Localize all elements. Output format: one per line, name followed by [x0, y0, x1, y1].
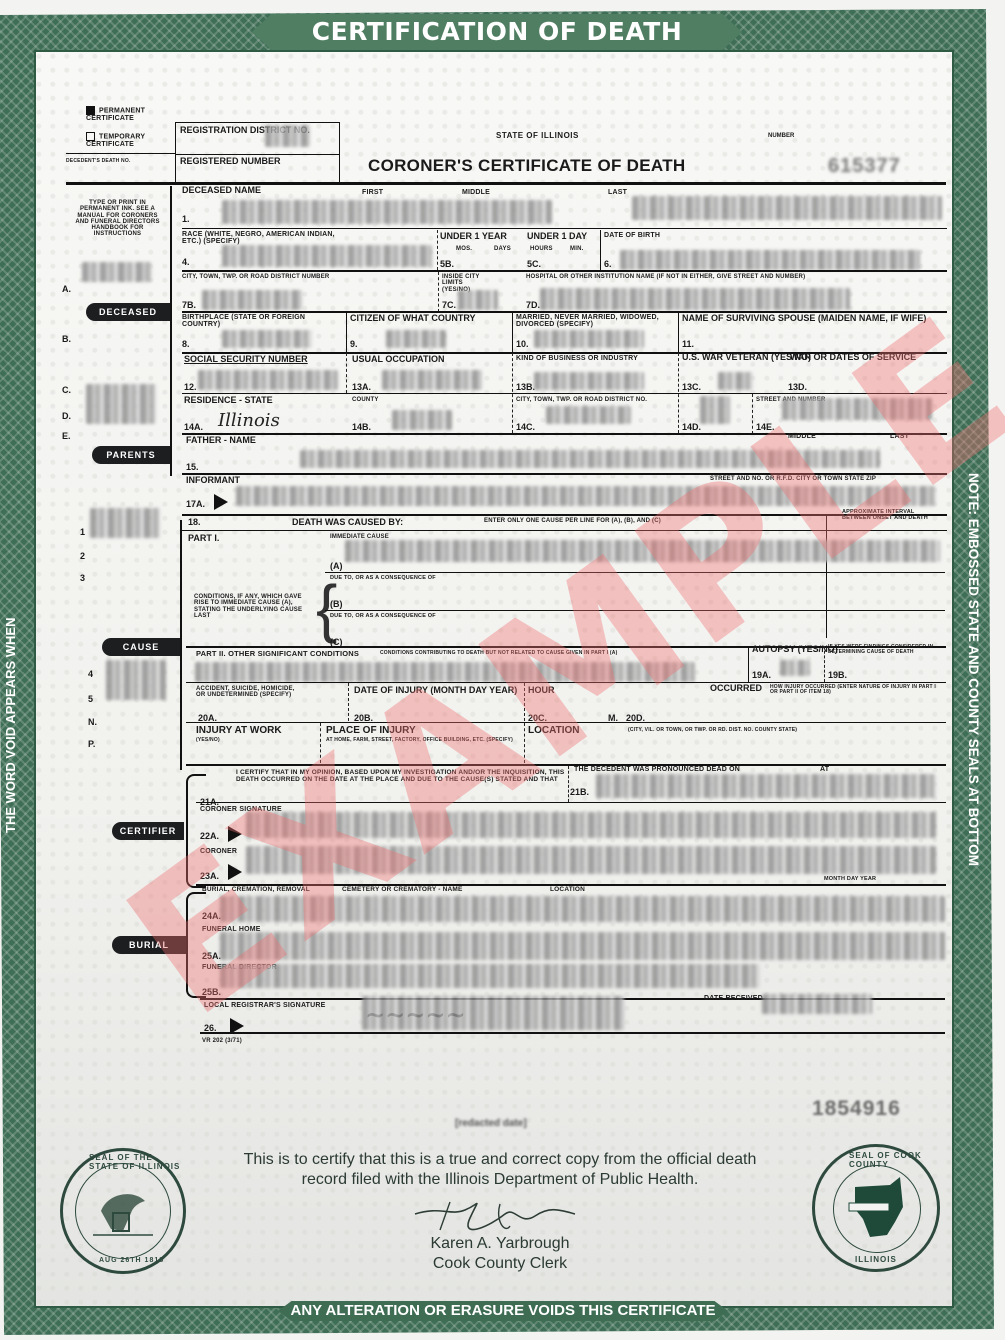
field-14b-num: 14b. [352, 423, 371, 432]
field-5c-num: 5c. [527, 260, 541, 269]
code-5: 5 [88, 695, 93, 704]
certificate-title: CORONER'S CERTIFICATE OF DEATH [368, 156, 685, 176]
code-4-value [106, 660, 166, 700]
funeral-director-value [220, 964, 760, 988]
field-14d-num: 14d. [682, 423, 701, 432]
how-occurred-label: OCCURRED [710, 684, 762, 693]
deceased-last-name-value [632, 196, 942, 220]
code-1: 1 [80, 528, 85, 537]
middle-label: MIDDLE [462, 189, 490, 196]
hospital-value [540, 288, 850, 310]
informant-arrow-icon [214, 494, 228, 510]
min-label: MIN. [570, 246, 583, 252]
code-2: 2 [80, 552, 85, 561]
residence-inside-city-value [700, 396, 730, 424]
place-of-death-value [202, 290, 302, 310]
cause-instruction: ENTER ONLY ONE CAUSE PER LINE FOR (a), (… [484, 518, 661, 524]
cause-a-value [345, 540, 940, 562]
field-14e-num: 14e. [756, 423, 775, 432]
code-p: P. [88, 740, 95, 749]
registration-district-value [265, 125, 310, 147]
temporary-certificate-option: TEMPORARY CERTIFICATE [86, 132, 166, 148]
field-17a-num: 17a. [186, 500, 205, 509]
field-13b-num: 13b. [516, 383, 535, 392]
code-e: E. [62, 432, 71, 441]
autopsy-value [780, 660, 810, 676]
spouse-label: NAME OF SURVIVING SPOUSE (MAIDEN NAME, I… [682, 314, 926, 323]
field-9-num: 9. [350, 340, 358, 349]
field-15-num: 15. [186, 463, 199, 472]
informant-address-label: STREET AND NO. OR R.F.D. CITY OR TOWN ST… [710, 476, 876, 482]
field-25a-num: 25a. [202, 952, 221, 961]
decedents-death-no-label: DECEDENT'S DEATH NO. [66, 159, 131, 164]
burial-date-label: MONTH DAY YEAR [824, 877, 876, 883]
hospital-label: HOSPITAL OR OTHER INSTITUTION NAME (IF N… [526, 274, 946, 280]
dob-label: DATE OF BIRTH [604, 232, 660, 239]
due-to-label-a: DUE TO, OR AS A CONSEQUENCE OF [330, 576, 436, 582]
occupation-label: USUAL OCCUPATION [352, 355, 445, 364]
field-7c-num: 7c. [442, 301, 456, 310]
place-of-injury-label: PLACE OF INJURY [326, 726, 416, 737]
place-of-death-label: CITY, TOWN, TWP. OR ROAD DISTRICT NUMBER [182, 274, 329, 280]
part-1-label: PART I. [188, 534, 219, 543]
occupation-value [382, 370, 482, 390]
coroner-signature-value [246, 812, 936, 838]
signer-block: Karen A. Yarbrough Cook County Clerk [385, 1234, 615, 1274]
cemetery-label: CEMETERY OR CREMATORY - NAME [342, 887, 463, 894]
field-4-num: 4. [182, 258, 190, 267]
section-burial: BURIAL [112, 936, 186, 954]
parents-value [300, 450, 880, 468]
war-dates-label: WAR OR DATES OF SERVICE [790, 353, 916, 362]
county-value [392, 410, 452, 430]
race-age-value [222, 245, 432, 267]
pronounced-value [596, 774, 936, 798]
state-label: STATE OF ILLINOIS [496, 131, 579, 140]
last-label: LAST [608, 189, 627, 196]
temporary-checkbox [86, 132, 95, 141]
cause-a-label: (a) [330, 562, 343, 571]
section-cause: CAUSE [102, 638, 180, 656]
illinois-state-seal: SEAL OF THE STATE OF ILLINOIS AUG 26TH 1… [60, 1148, 186, 1274]
months-label: MOS. [456, 246, 472, 252]
injury-at-work-label: INJURY AT WORK [196, 726, 282, 737]
father-name-label: FATHER - NAME [186, 436, 256, 445]
residence-city-value [546, 406, 631, 424]
code-3: 3 [80, 574, 85, 583]
interval-label: APPROXIMATE INTERVAL BETWEEN ONSET AND D… [842, 510, 942, 522]
coroner-name-arrow-icon [228, 864, 242, 880]
form-code: VR 202 (3/71) [202, 1038, 242, 1044]
informant-label: INFORMANT [186, 476, 240, 485]
signer-title: Cook County Clerk [385, 1254, 615, 1274]
top-banner: CERTIFICATION OF DEATH RECORD [252, 14, 742, 50]
burial-location-label: LOCATION [550, 887, 585, 894]
certification-line-2: record filed with the Illinois Departmen… [200, 1170, 800, 1190]
certification-line-1: This is to certify that this is a true a… [200, 1150, 800, 1170]
code-d: D. [62, 412, 71, 421]
injury-at-work-sub: (YES/NO) [196, 738, 220, 743]
hours-label: HOURS [530, 246, 553, 252]
code-n: N. [88, 718, 97, 727]
code-a: A. [62, 285, 71, 294]
field-6-num: 6. [604, 260, 612, 269]
permanent-certificate-option: PERMANENT CERTIFICATE [86, 106, 166, 122]
county-seal-bottom-text: ILLINOIS [855, 1255, 897, 1264]
deceased-name-label: DECEASED NAME [182, 186, 261, 195]
dob-value [620, 250, 920, 270]
inside-city-value [458, 290, 498, 310]
instructions-note: Type or Print in PERMANENT INK. See A Ma… [75, 200, 160, 238]
residence-state-value: Illinois [218, 410, 280, 431]
field-24a-num: 24a. [202, 912, 221, 921]
burial-value [220, 896, 945, 922]
field-13a-num: 13a. [352, 383, 371, 392]
state-seal-text: SEAL OF THE STATE OF ILLINOIS [89, 1153, 183, 1171]
business-label: KIND OF BUSINESS OR INDUSTRY [516, 355, 638, 362]
pronounced-dead-label: THE DECEDENT WAS PRONOUNCED DEAD ON [574, 766, 740, 773]
left-side-banner: THE WORD VOID APPEARS WHEN [0, 560, 22, 890]
informant-value [236, 486, 936, 506]
citizen-label: CITIZEN OF WHAT COUNTRY [350, 314, 476, 323]
business-value [534, 372, 644, 390]
field-1-num: 1. [182, 215, 190, 224]
under-1-day-label: UNDER 1 DAY [527, 232, 587, 241]
mother-last-label: LAST [890, 433, 909, 440]
field-8-num: 8. [182, 340, 190, 349]
field-7d-num: 7d. [526, 301, 540, 310]
code-cde-value [86, 384, 156, 424]
part-2-note: CONDITIONS CONTRIBUTING TO DEATH BUT NOT… [380, 651, 617, 656]
place-of-injury-sub: AT HOME, FARM, STREET, FACTORY, OFFICE B… [326, 738, 516, 743]
residence-city-label: CITY, TOWN, TWP. OR ROAD DISTRICT NO. [516, 397, 647, 403]
citizen-value [386, 330, 446, 348]
bottom-banner: ANY ALTERATION OR ERASURE VOIDS THIS CER… [278, 1301, 728, 1321]
section-parents: PARENTS [92, 446, 170, 464]
ssn-value [198, 370, 338, 390]
autopsy-findings-label: IF YES WERE FINDINGS CONSIDERED IN DETER… [828, 645, 943, 656]
how-injury-label: HOW INJURY OCCURRED (ENTER NATURE OF INJ… [770, 685, 945, 696]
field-13d-num: 13d. [788, 383, 807, 392]
mother-middle-label: MIDDLE [788, 433, 816, 440]
coroner-signature-arrow-icon [228, 826, 242, 842]
burial-label: BURIAL, CREMATION, REMOVAL [202, 887, 310, 894]
injury-date-label: DATE OF INJURY (MONTH DAY YEAR) [354, 686, 517, 695]
date-received-label: DATE RECEIVED [704, 995, 763, 1002]
part-2-value [195, 662, 695, 682]
code-4: 4 [88, 670, 93, 679]
under-1-year-label: UNDER 1 YEAR [440, 232, 507, 241]
code-a-value [82, 262, 152, 282]
certificate-number: 615377 [828, 155, 901, 178]
field-7b-num: 7b. [182, 301, 196, 310]
field-11-num: 11. [682, 340, 694, 349]
accident-label: ACCIDENT, SUICIDE, HOMICIDE, OR UNDETERM… [196, 686, 296, 699]
permanent-checkbox [86, 106, 95, 115]
conditions-note: CONDITIONS, IF ANY, WHICH GAVE RISE TO I… [194, 594, 304, 619]
field-19a-num: 19a. [752, 671, 771, 680]
at-label: AT [820, 766, 829, 773]
signer-name: Karen A. Yarbrough [385, 1234, 615, 1254]
certification-statement: This is to certify that this is a true a… [200, 1150, 800, 1190]
injury-hour-label: HOUR [528, 686, 555, 695]
section-deceased: DECEASED [86, 303, 170, 321]
code-b: B. [62, 335, 71, 344]
registrar-signature-value [362, 996, 624, 1030]
right-side-banner: NOTE: EMBOSSED STATE AND COUNTY SEALS AT… [962, 430, 984, 910]
injury-location-label: LOCATION [528, 726, 579, 737]
deceased-name-value [222, 200, 552, 224]
birthplace-value [222, 330, 312, 348]
veteran-value [718, 372, 753, 390]
date-received-value [762, 994, 872, 1014]
field-25b-num: 25b. [202, 988, 221, 997]
field-12-num: 12. [184, 383, 197, 392]
cause-b-label: (b) [330, 600, 343, 609]
local-registrar-label: LOCAL REGISTRAR'S SIGNATURE [204, 1002, 326, 1009]
registered-number-label: REGISTERED NUMBER [180, 157, 281, 166]
death-caused-by-label: DEATH WAS CAUSED BY: [292, 518, 403, 527]
field-5b-num: 5b. [440, 260, 454, 269]
days-label: DAYS [494, 246, 511, 252]
ssn-label: SOCIAL SECURITY NUMBER [184, 355, 308, 364]
field-13c-num: 13c. [682, 383, 701, 392]
code-1-value [90, 508, 160, 538]
race-label: RACE (WHITE, NEGRO, AMERICAN INDIAN, ETC… [182, 231, 342, 246]
field-18-num: 18. [188, 518, 201, 527]
field-10-num: 10. [516, 340, 529, 349]
certification-text: I CERTIFY THAT IN MY OPINION, BASED UPON… [236, 770, 566, 784]
field-19b-num: 19b. [828, 671, 847, 680]
county-seal-text: SEAL OF COOK COUNTY [849, 1151, 937, 1169]
cook-county-seal: SEAL OF COOK COUNTY ILLINOIS [812, 1144, 940, 1272]
burial-bracket [186, 892, 206, 998]
field-23a-num: 23a. [200, 872, 219, 881]
marital-label: MARRIED, NEVER MARRIED, WIDOWED, DIVORCE… [516, 314, 676, 329]
coroner-name-value [246, 846, 936, 874]
birthplace-label: BIRTHPLACE (STATE OR FOREIGN COUNTRY) [182, 314, 342, 329]
code-c: C. [62, 386, 71, 395]
first-label: FIRST [362, 189, 383, 196]
part-2-label: PART II. OTHER SIGNIFICANT CONDITIONS [196, 650, 359, 658]
clerk-signature [410, 1196, 580, 1236]
street-value [782, 398, 932, 420]
residence-label: RESIDENCE - STATE [184, 396, 273, 405]
number-label: NUMBER [768, 133, 794, 139]
serial-number: 1854916 [812, 1097, 901, 1121]
state-seal-date: AUG 26TH 1818 [99, 1257, 164, 1264]
field-14c-num: 14c. [516, 423, 535, 432]
field-22a-num: 22a. [200, 832, 219, 841]
funeral-home-value [220, 932, 945, 960]
county-label: COUNTY [352, 397, 379, 403]
field-21b-num: 21b. [570, 788, 589, 797]
section-certifier: CERTIFIER [112, 822, 184, 840]
issue-date: [redacted date] [455, 1118, 527, 1129]
due-to-label-b: DUE TO, OR AS A CONSEQUENCE OF [330, 614, 436, 620]
marital-value [534, 330, 644, 348]
field-14a-num: 14a. [184, 423, 203, 432]
coroner-name-label: CORONER [200, 848, 237, 855]
injury-location-sub: (CITY, VIL. OR TOWN, OR TWP. OR RD. DIST… [628, 728, 797, 733]
